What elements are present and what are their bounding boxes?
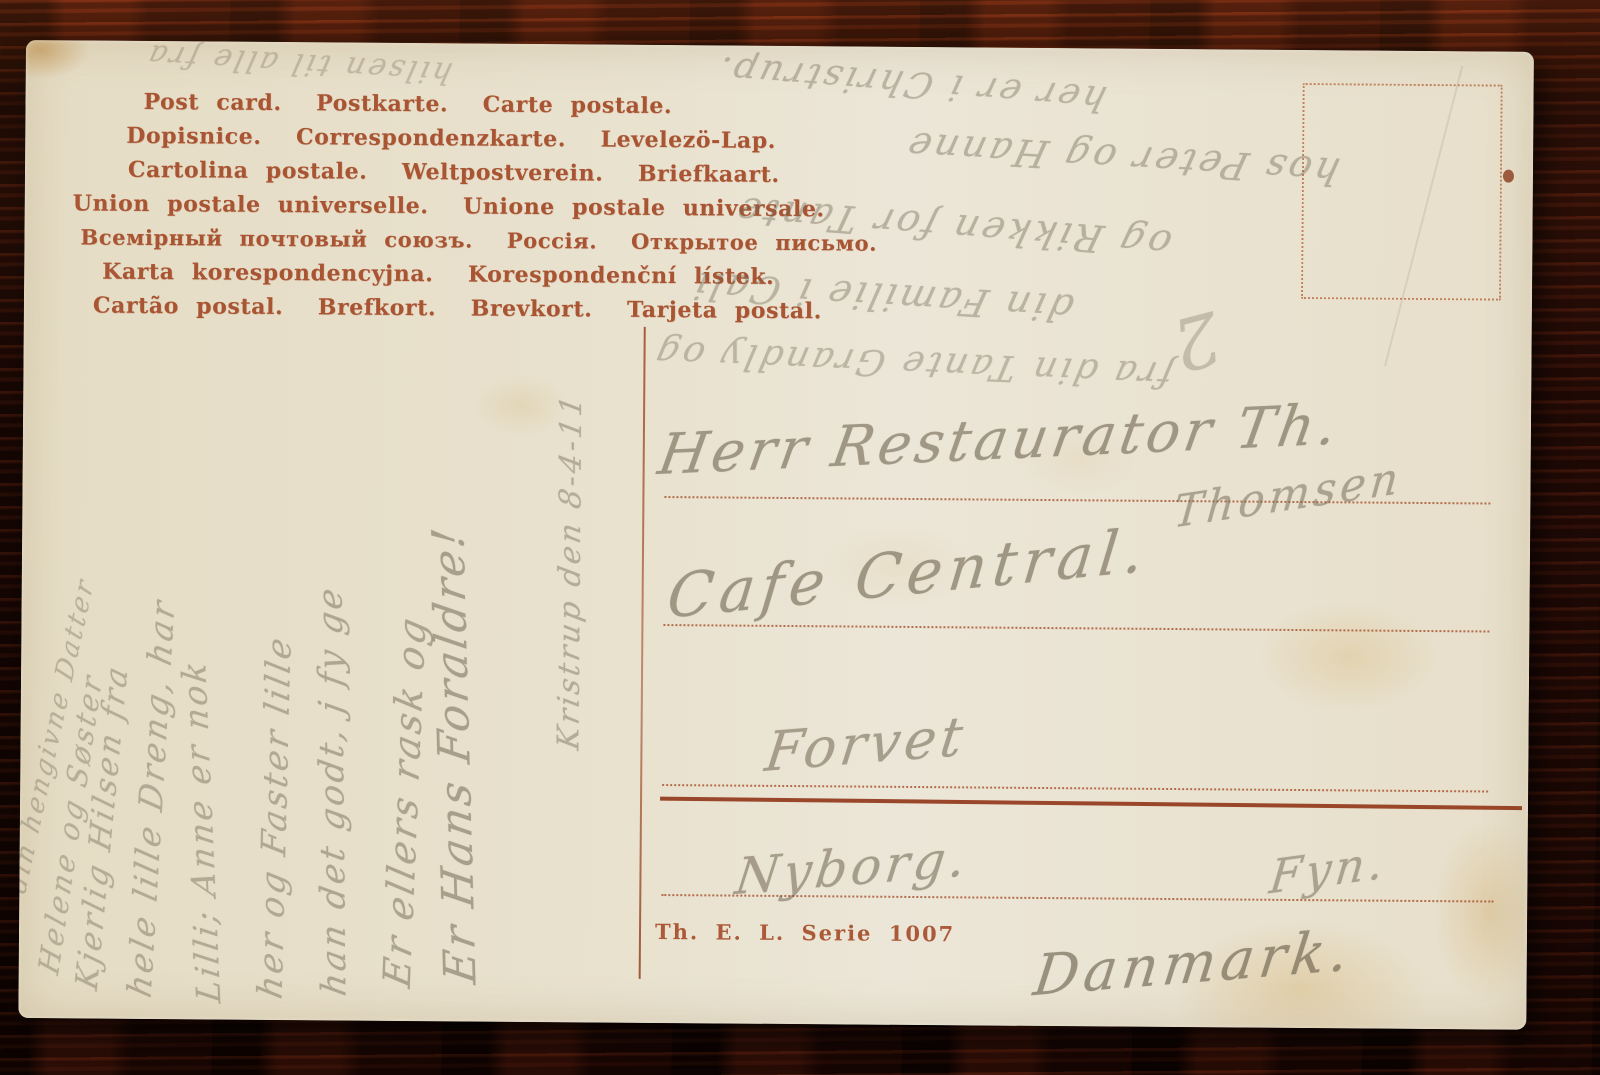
handwritten-inverted-top-line: hos Peter og Hanne xyxy=(900,124,1343,194)
handwritten-sender-name: Thomsen xyxy=(1171,452,1404,539)
rust-spot xyxy=(1503,170,1514,183)
handwritten-town: Nyborg. xyxy=(732,829,973,906)
publisher-imprint: Th. E. L. Serie 1007 xyxy=(655,919,955,946)
center-divider-line xyxy=(639,327,646,979)
handwritten-region: Fyn. xyxy=(1267,834,1390,905)
handwritten-country: Danmark. xyxy=(1030,918,1357,1009)
handwritten-flourish: 2 xyxy=(1164,295,1229,388)
handwritten-address-line2: Cafe Central. xyxy=(664,515,1153,633)
handwritten-message-column: hele lille Dreng, har xyxy=(120,594,182,1001)
handwritten-inverted-top-line: fra din Tante Grandly og xyxy=(649,332,1177,395)
handwritten-message-column: Lilli; Anne er nok xyxy=(174,657,229,1005)
handwritten-inverted-top-line: hilsen til alle fra xyxy=(142,40,456,90)
handwritten-message-column: her og Faster lille xyxy=(251,632,300,1003)
address-solid-line xyxy=(660,797,1522,810)
address-dotted-line-3 xyxy=(662,784,1488,792)
handwritten-address-line3: Forvet xyxy=(762,704,971,784)
dark-ink-mark xyxy=(1533,249,1534,286)
handwritten-addressee: Herr Restaurator Th. xyxy=(654,392,1346,488)
postcard-back: Post card. Postkarte. Carte postale. Dop… xyxy=(18,40,1534,1030)
address-dotted-line-2 xyxy=(663,624,1489,632)
handwritten-message-column: Er Hans Foraldre! xyxy=(423,523,487,987)
handwritten-message-column: Er ellers rask og xyxy=(375,611,434,991)
handwritten-message-column: han det godt, j fy ge xyxy=(310,583,354,999)
handwritten-message-date-column: Kristrup den 8-4-11 xyxy=(551,390,589,752)
photo-of-postcard-on-wood-table: { "colors":{ "printed_ink":"#a54b28", "p… xyxy=(0,0,1600,1075)
